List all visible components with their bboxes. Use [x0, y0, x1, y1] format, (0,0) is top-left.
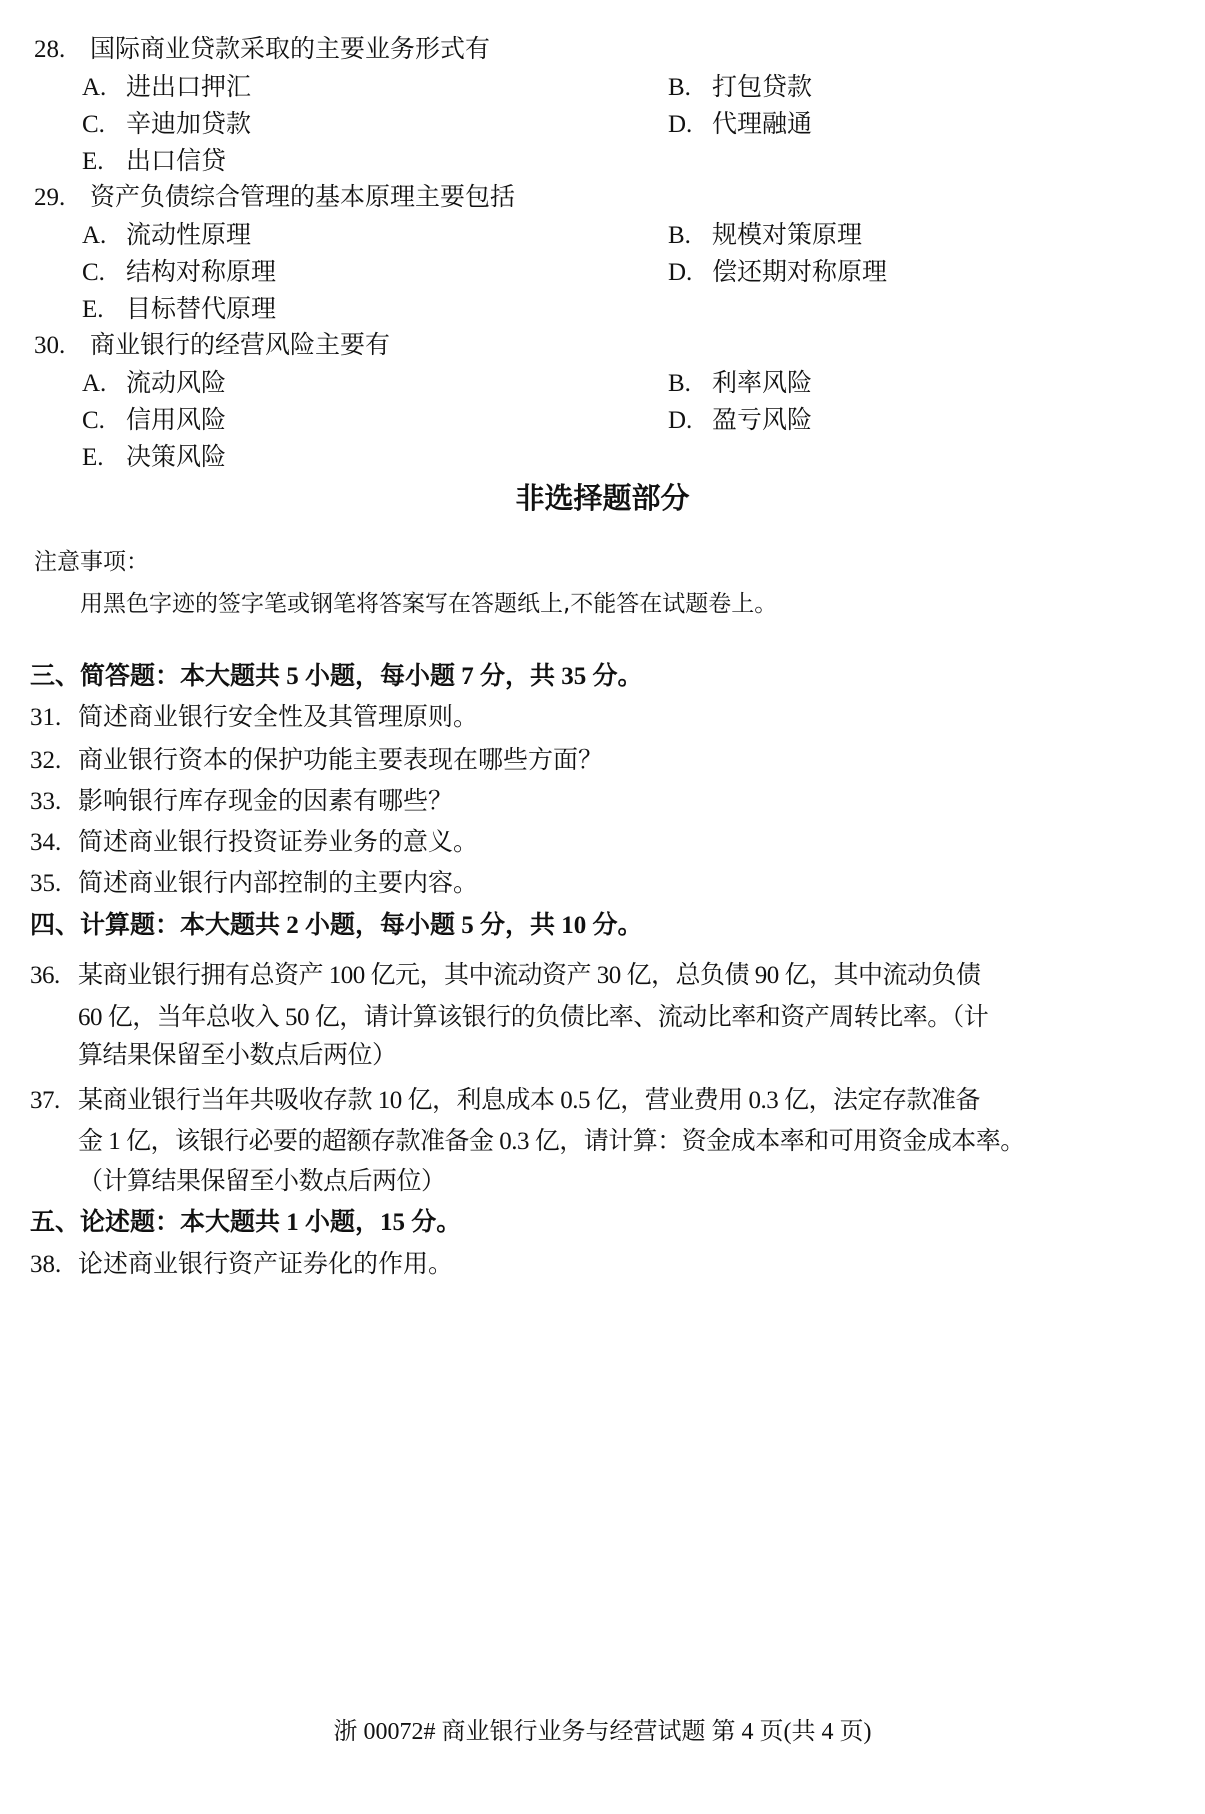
question-31: 31.简述商业银行安全性及其管理原则。: [30, 702, 478, 734]
option-30-e: E.决策风险: [82, 442, 226, 474]
option-29-c: C.结构对称原理: [82, 257, 276, 289]
option-30-c: C.信用风险: [82, 405, 226, 437]
question-text: 商业银行的经营风险主要有: [90, 332, 390, 359]
question-37-line-2: 金 1 亿，该银行必要的超额存款准备金 0.3 亿，请计算：资金成本率和可用资金…: [78, 1126, 1025, 1158]
question-29-stem: 29.资产负债综合管理的基本原理主要包括: [34, 182, 515, 214]
notice-heading: 注意事项：: [34, 546, 149, 578]
page-footer: 浙 00072# 商业银行业务与经营试题 第 4 页(共 4 页): [0, 1716, 1205, 1748]
option-29-e: E.目标替代原理: [82, 294, 276, 326]
question-number: 29.: [34, 182, 90, 214]
option-28-a: A.进出口押汇: [82, 72, 251, 104]
question-36-line-2: 60 亿，当年总收入 50 亿，请计算该银行的负债比率、流动比率和资产周转比率。…: [78, 1002, 988, 1034]
option-30-b: B.利率风险: [668, 368, 812, 400]
question-32: 32.商业银行资本的保护功能主要表现在哪些方面？: [30, 745, 603, 777]
question-number: 28.: [34, 34, 90, 66]
question-35: 35.简述商业银行内部控制的主要内容。: [30, 868, 478, 900]
question-text: 资产负债综合管理的基本原理主要包括: [90, 184, 515, 211]
option-30-a: A.流动风险: [82, 368, 226, 400]
question-38: 38.论述商业银行资产证券化的作用。: [30, 1249, 453, 1281]
question-37-line-3: （计算结果保留至小数点后两位）: [78, 1166, 446, 1198]
option-28-d: D.代理融通: [668, 109, 812, 141]
question-36-line-1: 36.某商业银行拥有总资产 100 亿元，其中流动资产 30 亿，总负债 90 …: [30, 960, 981, 992]
question-number: 30.: [34, 330, 90, 362]
option-28-c: C.辛迪加贷款: [82, 109, 251, 141]
option-28-e: E.出口信贷: [82, 146, 226, 178]
question-34: 34.简述商业银行投资证券业务的意义。: [30, 827, 478, 859]
option-29-a: A.流动性原理: [82, 220, 251, 252]
option-29-d: D.偿还期对称原理: [668, 257, 887, 289]
part-title: 非选择题部分: [0, 482, 1205, 514]
question-36-line-3: 算结果保留至小数点后两位）: [78, 1040, 397, 1072]
section-heading-short-answer: 三、简答题：本大题共 5 小题，每小题 7 分，共 35 分。: [30, 661, 643, 693]
question-text: 国际商业贷款采取的主要业务形式有: [90, 36, 490, 63]
option-28-b: B.打包贷款: [668, 72, 812, 104]
section-heading-calculation: 四、计算题：本大题共 2 小题，每小题 5 分，共 10 分。: [30, 910, 643, 942]
section-heading-essay: 五、论述题：本大题共 1 小题，15 分。: [30, 1207, 461, 1239]
notice-text: 用黑色字迹的签字笔或钢笔将答案写在答题纸上,不能答在试题卷上。: [80, 588, 777, 620]
question-37-line-1: 37.某商业银行当年共吸收存款 10 亿，利息成本 0.5 亿，营业费用 0.3…: [30, 1085, 980, 1117]
option-29-b: B.规模对策原理: [668, 220, 862, 252]
question-33: 33.影响银行库存现金的因素有哪些？: [30, 786, 453, 818]
question-28-stem: 28.国际商业贷款采取的主要业务形式有: [34, 34, 490, 66]
question-30-stem: 30.商业银行的经营风险主要有: [34, 330, 390, 362]
option-30-d: D.盈亏风险: [668, 405, 812, 437]
